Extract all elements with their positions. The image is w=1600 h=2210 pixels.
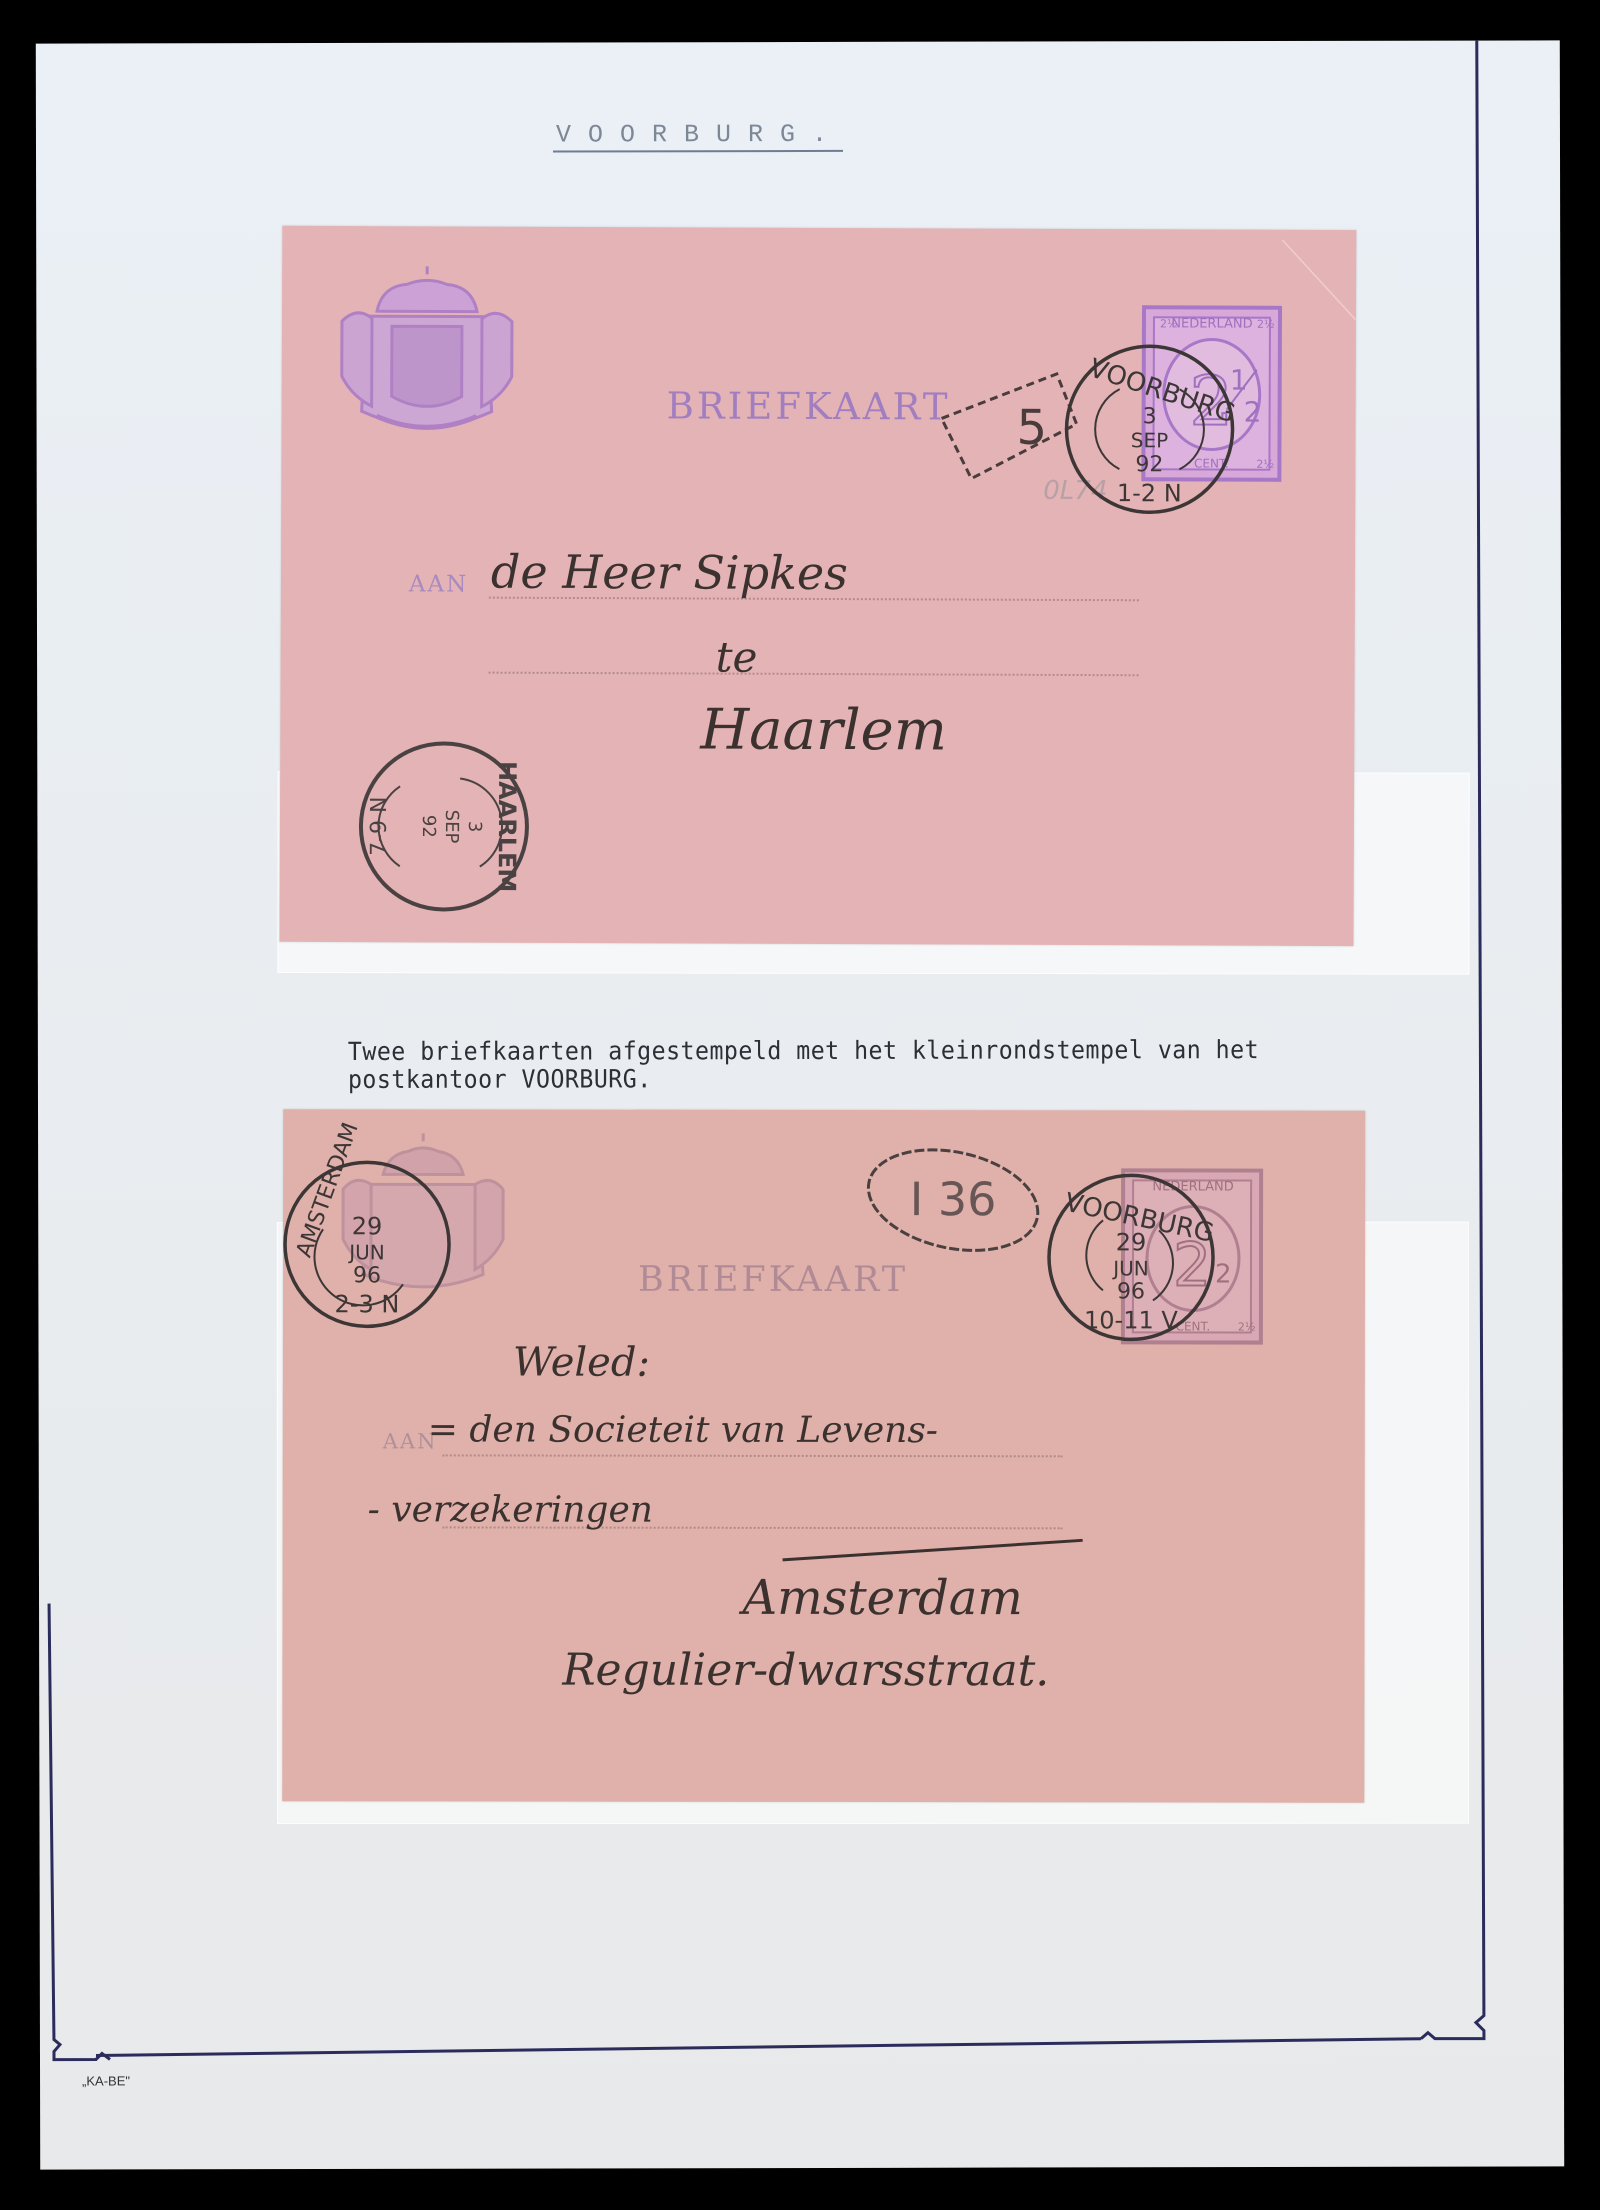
handwritten-address-line: Regulier-dwarsstraat. — [562, 1645, 1049, 1697]
svg-text:96: 96 — [1117, 1279, 1145, 1304]
oval-mark: I 36 — [859, 1135, 1047, 1265]
caption-line: postkantoor VOORBURG. — [348, 1064, 1371, 1094]
svg-text:JUN: JUN — [347, 1240, 385, 1264]
svg-text:29: 29 — [352, 1212, 383, 1240]
svg-text:92: 92 — [1135, 452, 1163, 477]
svg-text:7-9 N: 7-9 N — [367, 796, 392, 855]
pencil-notation: 0L74 — [1043, 476, 1107, 506]
svg-text:5: 5 — [1016, 400, 1047, 456]
coat-of-arms-icon — [342, 266, 513, 428]
handwritten-address-line: de Heer Sipkes — [491, 545, 848, 600]
svg-text:2½: 2½ — [1257, 318, 1275, 331]
handwritten-address-line: = den Societeit van Levens- — [428, 1409, 938, 1451]
caption-line: Twee briefkaarten afgestempeld met het k… — [348, 1036, 1371, 1066]
page-caption: Twee briefkaarten afgestempeld met het k… — [348, 1036, 1371, 1094]
postmark-haarlem: 3 SEP 92 HAARLEM 7-9 N — [361, 743, 528, 910]
boxed-numeral-mark: 5 — [941, 373, 1076, 479]
svg-text:10-11 V: 10-11 V — [1084, 1306, 1178, 1334]
svg-text:2½: 2½ — [1256, 458, 1274, 471]
svg-text:2½: 2½ — [1238, 1321, 1256, 1334]
handwritten-address-line: Haarlem — [700, 697, 947, 763]
svg-text:1: 1 — [1230, 364, 1248, 397]
svg-text:NEDERLAND: NEDERLAND — [1171, 316, 1252, 331]
handwritten-address-line: Amsterdam — [742, 1570, 1022, 1626]
svg-text:2: 2 — [1244, 396, 1262, 429]
album-page: VOORBURG. — [36, 40, 1564, 2169]
album-brand: „KA-BE" — [82, 2073, 130, 2088]
svg-text:2: 2 — [1215, 1259, 1232, 1289]
svg-text:SEP: SEP — [441, 810, 462, 844]
svg-text:3: 3 — [1143, 404, 1157, 429]
handwritten-address-line: - verzekeringen — [368, 1489, 653, 1530]
handwritten-address-line: te — [716, 633, 758, 682]
svg-text:1-2 N: 1-2 N — [1117, 479, 1182, 507]
card-label: BRIEFKAART — [638, 1260, 908, 1300]
svg-text:SEP: SEP — [1131, 428, 1169, 452]
svg-text:HAARLEM: HAARLEM — [493, 761, 522, 892]
svg-text:96: 96 — [353, 1263, 381, 1288]
svg-text:JUN: JUN — [1111, 1256, 1149, 1280]
title-underline — [553, 150, 843, 153]
svg-text:92: 92 — [418, 815, 439, 838]
card-label: BRIEFKAART — [667, 384, 951, 428]
handwritten-address-line: Weled: — [513, 1340, 650, 1386]
svg-text:29: 29 — [1116, 1228, 1147, 1256]
address-prefix: AAN — [409, 571, 468, 597]
svg-text:I 36: I 36 — [910, 1172, 997, 1226]
svg-text:3: 3 — [464, 821, 485, 833]
svg-text:2½: 2½ — [1160, 317, 1178, 330]
postcard-1: NEDERLAND 2½ 2½ 2 1 2 CENT. 2½ 5 0L74 — [279, 226, 1356, 946]
page-title: VOORBURG. — [556, 120, 886, 150]
postcard-2: AMSTERDAM 29 JUN 96 2-3 N I 36 NEDERLAND — [282, 1109, 1365, 1803]
svg-text:2-3 N: 2-3 N — [335, 1290, 400, 1318]
